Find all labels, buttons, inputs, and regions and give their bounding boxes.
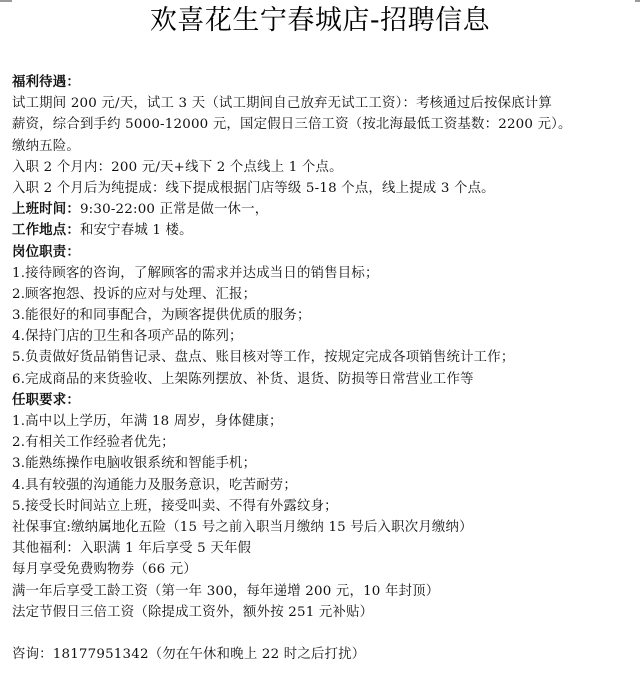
duty-item: 3.能很好的和同事配合，为顾客提供优质的服务；: [12, 305, 638, 326]
requirement-item: 4.具有较强的沟通能力及服务意识，吃苦耐劳；: [12, 475, 638, 496]
requirements-heading: 任职要求：: [12, 390, 638, 411]
duty-item: 1.接待顾客的咨询，了解顾客的需求并达成当日的销售目标；: [12, 263, 638, 284]
other-benefit-line: 满一年后享受工龄工资（第一年 300，每年递增 200 元，10 年封顶）: [12, 581, 638, 602]
duty-item: 2.顾客抱怨、投诉的应对与处理、汇报；: [12, 284, 638, 305]
duty-item: 4.保持门店的卫生和各项产品的陈列；: [12, 326, 638, 347]
benefits-line: 缴纳五险。: [12, 136, 638, 157]
corner-mark-left: [0, 0, 12, 2]
requirement-item: 2.有相关工作经验者优先；: [12, 432, 638, 453]
page-title: 欢喜花生宁春城店-招聘信息: [0, 4, 640, 38]
benefits-line: 薪资，综合到手约 5000-12000 元，国定假日三倍工资（按北海最低工资基数…: [12, 114, 638, 135]
benefits-line: 试工期间 200 元/天，试工 3 天（试工期间自己放弃无试工工资）：考核通过后…: [12, 93, 638, 114]
location-label: 工作地点：: [12, 222, 80, 238]
requirement-item: 5.接受长时间站立上班，接受叫卖、不得有外露纹身；: [12, 496, 638, 517]
other-benefit-line: 其他福利：入职满 1 年后享受 5 天年假: [12, 538, 638, 559]
corner-mark-right: [635, 0, 640, 2]
social-insurance-line: 社保事宜:缴纳属地化五险（15 号之前入职当月缴纳 15 号后入职次月缴纳）: [12, 517, 638, 538]
requirement-item: 3.能熟练操作电脑收银系统和智能手机；: [12, 453, 638, 474]
location-row: 工作地点：和安宁春城 1 楼。: [12, 220, 638, 241]
duty-item: 6.完成商品的来货验收、上架陈列摆放、补货、退货、防损等日常营业工作等: [12, 369, 638, 390]
work-hours-value: 9:30-22:00 正常是做一休一，: [80, 202, 268, 217]
contact-line: 咨询：18177951342（勿在午休和晚上 22 时之后打扰）: [12, 644, 638, 665]
document-body: 福利待遇： 试工期间 200 元/天，试工 3 天（试工期间自己放弃无试工工资）…: [12, 72, 638, 665]
duty-item: 5.负责做好货品销售记录、盘点、账目核对等工作，按规定完成各项销售统计工作；: [12, 347, 638, 368]
benefits-line: 入职 2 个月后为纯提成：线下提成根据门店等级 5-18 个点，线上提成 3 个…: [12, 178, 638, 199]
duties-heading: 岗位职责：: [12, 242, 638, 263]
requirement-item: 1.高中以上学历，年满 18 周岁，身体健康；: [12, 411, 638, 432]
spacer: [12, 623, 638, 644]
location-value: 和安宁春城 1 楼。: [80, 223, 193, 238]
other-benefit-line: 每月享受免费购物券（66 元）: [12, 559, 638, 580]
work-hours-label: 上班时间：: [12, 201, 80, 217]
benefits-line: 入职 2 个月内：200 元/天+线下 2 个点线上 1 个点。: [12, 157, 638, 178]
work-hours-row: 上班时间：9:30-22:00 正常是做一休一，: [12, 199, 638, 220]
other-benefit-line: 法定节假日三倍工资（除提成工资外，额外按 251 元补贴）: [12, 602, 638, 623]
benefits-heading: 福利待遇：: [12, 72, 638, 93]
